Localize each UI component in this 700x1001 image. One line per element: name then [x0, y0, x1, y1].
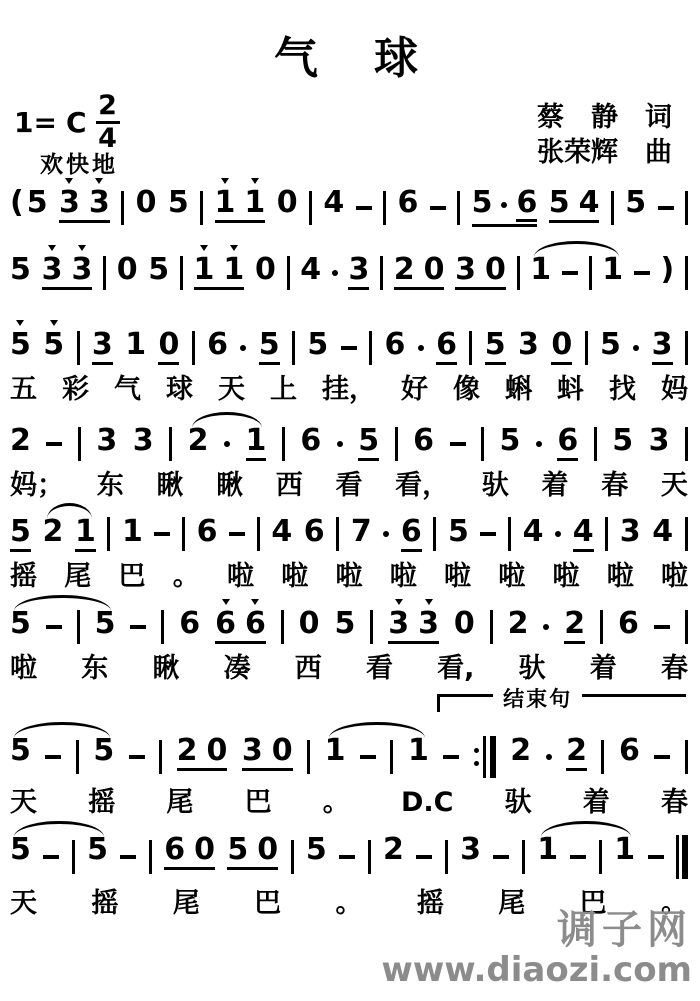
dash-extension: [46, 625, 62, 629]
note-5: 5: [10, 517, 31, 552]
lyric-syllable: 啦: [444, 561, 471, 593]
dash-extension: [341, 346, 357, 350]
barline: [107, 517, 110, 551]
octave-dot-icon: [221, 178, 229, 184]
dash-extension: [129, 755, 145, 759]
barline: [685, 517, 688, 551]
note-5: 5: [43, 330, 64, 360]
lyrics-row: 天摇尾巴。D.C驮着春: [10, 787, 688, 819]
dash-extension: [430, 206, 446, 210]
barline: [685, 427, 688, 461]
note-6: 6: [436, 330, 457, 365]
barline: [457, 191, 460, 225]
note-5: 5: [600, 330, 621, 360]
lyric-syllable: 西: [276, 470, 303, 502]
note-5: 5: [93, 736, 114, 766]
note-2: 2: [188, 426, 209, 456]
lyric-syllable: 啦: [390, 561, 417, 593]
note-5: 5: [549, 188, 570, 218]
lyric-syllable: D.C: [401, 787, 453, 819]
dash-extension: [658, 206, 674, 210]
barline: [257, 517, 260, 551]
lyric-syllable: 啦: [227, 561, 254, 593]
note-3: 3: [649, 426, 670, 456]
credits: 蔡 静 词 张荣辉 曲: [537, 100, 672, 170]
note-0: 0: [272, 736, 293, 766]
octave-dot-icon: [65, 178, 73, 184]
beam-group: 11: [215, 188, 266, 223]
music-line-7: 结束句55203011226天摇尾巴。D.C驮着春: [10, 736, 688, 819]
dash-extension: [356, 206, 372, 210]
note-6: 6: [397, 188, 418, 218]
lyric-syllable: 天: [10, 787, 37, 819]
notation-row: 5566605330226: [10, 609, 688, 644]
barline: [76, 740, 79, 774]
note-6: 6: [164, 835, 185, 865]
beam-group: 33: [388, 609, 439, 644]
dash-extension: [634, 271, 650, 275]
barline: [685, 740, 688, 774]
note-5: 5: [148, 255, 169, 285]
beam-group: 54: [549, 188, 600, 223]
note-6: 6: [413, 426, 434, 456]
barline: [599, 840, 602, 874]
barline: [287, 256, 290, 290]
note-0: 0: [194, 835, 215, 865]
barline: [149, 840, 152, 874]
lyric-syllable: 东: [97, 470, 124, 502]
song-title: 气 球: [10, 22, 688, 86]
barline: [169, 427, 172, 461]
notation-row: 52116467654434: [10, 517, 688, 552]
barline: [180, 256, 183, 290]
tie-slur: [329, 722, 425, 738]
barline: [182, 517, 185, 551]
music-line-6: 5566605330226啦东瞅凑西看看,驮着春: [10, 609, 688, 685]
barline: [395, 427, 398, 461]
lyric-syllable: 妈: [661, 374, 688, 406]
note-0: 0: [255, 255, 276, 285]
dash-extension: [570, 855, 586, 859]
lyric-syllable: 着: [583, 787, 610, 819]
note-2: 2: [42, 517, 63, 547]
barline: [481, 427, 484, 461]
tie-slur: [14, 722, 110, 738]
lyric-syllable: 看: [366, 653, 393, 685]
lyric-syllable: 东: [81, 653, 108, 685]
augmentation-dot: [337, 441, 343, 447]
octave-dot-icon: [95, 178, 103, 184]
time-signature: 2 4: [96, 92, 120, 152]
note-5: 5: [472, 188, 493, 218]
lyric-syllable: 凑: [224, 653, 251, 685]
ending-phrase-label: 结束句: [493, 683, 582, 713]
note-5: 5: [334, 609, 355, 639]
lyric-syllable: 着: [542, 470, 569, 502]
note-3: 3: [92, 330, 113, 365]
barline: [77, 610, 80, 644]
barline: [390, 740, 393, 774]
note-0: 0: [158, 330, 179, 365]
note-6: 6: [179, 609, 200, 639]
note-5: 5: [168, 188, 189, 218]
note-5: (5: [10, 188, 48, 218]
lyricist-credit: 蔡 静 词: [537, 100, 672, 135]
note-2: 2: [177, 736, 198, 766]
note-6: 6: [557, 426, 578, 461]
dash-extension: [339, 855, 355, 859]
augmentation-dot: [224, 441, 230, 447]
lyric-syllable: 摇: [91, 888, 118, 920]
lyric-syllable: 尾: [64, 561, 91, 593]
octave-dot-icon: [230, 245, 238, 251]
barline: [685, 256, 688, 290]
note-0: 0: [277, 188, 298, 218]
dash-extension: [45, 755, 61, 759]
barline: [72, 840, 75, 874]
barline: [600, 610, 603, 644]
lyric-syllable: 巴: [254, 888, 281, 920]
note-3: 3: [455, 255, 476, 285]
lyric-syllable: 啦: [661, 561, 688, 593]
barline: [380, 256, 383, 290]
octave-dot-icon: [78, 245, 86, 251]
augmentation-dot: [383, 531, 389, 537]
barline: [585, 331, 588, 365]
note-5: 5: [227, 835, 248, 865]
note-0: 0: [454, 609, 475, 639]
tie-slur: [14, 595, 111, 611]
lyric-syllable: 妈；: [10, 470, 64, 502]
note-5: 5: [500, 426, 521, 456]
tie-slur: [192, 412, 262, 428]
watermark: 调子网 www.diaozi.com: [381, 909, 692, 989]
note-3: 3: [348, 255, 369, 290]
beam-group: 20: [394, 255, 445, 290]
note-1: 1: [125, 330, 146, 360]
octave-dot-icon: [16, 320, 24, 326]
dash-extension: [480, 532, 496, 536]
note-1: 1: [194, 255, 215, 285]
dash-extension: [648, 855, 664, 859]
beam-group: 20: [177, 736, 228, 771]
note-0: 0: [257, 835, 278, 865]
lyric-syllable: 气: [114, 374, 141, 406]
lyric-syllable: 啦: [498, 561, 525, 593]
note-2: 2: [564, 609, 585, 644]
lyric-syllable: 彩: [62, 374, 89, 406]
barline: [309, 191, 312, 225]
augmentation-dot: [418, 345, 424, 351]
note-1: 1: [223, 255, 244, 285]
lyric-syllable: 春: [661, 653, 688, 685]
note-0: 0: [485, 255, 506, 285]
lyric-syllable: 天: [10, 888, 37, 920]
barline: [291, 840, 294, 874]
note-5: 5: [95, 609, 116, 639]
barline: [508, 517, 511, 551]
barline: [611, 191, 614, 225]
note-2: 2: [10, 426, 31, 456]
barline: [103, 256, 106, 290]
barline: [368, 840, 371, 874]
lyric-syllable: 找: [609, 374, 636, 406]
notation-row: 55203011226: [10, 736, 688, 778]
note-1: 1: [122, 517, 143, 547]
tie-slur: [541, 821, 631, 837]
note-1: 1: [530, 255, 551, 285]
note-0: 0: [117, 255, 138, 285]
lyrics-row: 五彩气球天上挂，好像蝌蚪找妈: [10, 374, 688, 406]
augmentation-dot: [555, 531, 561, 537]
lyric-syllable: 尾: [166, 787, 193, 819]
note-1: 1: [244, 188, 265, 218]
note-1: 1: [75, 517, 96, 552]
lyric-syllable: 春: [601, 470, 628, 502]
note-3: 3: [133, 426, 154, 456]
barline: [522, 840, 525, 874]
lyric-syllable: 啦: [553, 561, 580, 593]
note-5: 5: [612, 426, 633, 456]
barline: [601, 740, 604, 774]
lyric-syllable: 蚪: [557, 374, 584, 406]
lyric-syllable: 摇: [88, 787, 115, 819]
lyric-syllable: 蝌: [505, 374, 532, 406]
note-6: 6: [215, 609, 236, 639]
lyric-syllable: 挂，: [322, 374, 376, 406]
note-0: 0: [207, 736, 228, 766]
octave-dot-icon: [395, 599, 403, 605]
note-6: 6: [401, 517, 422, 552]
augmentation-dot: [501, 202, 507, 208]
final-barline: [676, 835, 688, 879]
lyric-syllable: 看: [335, 470, 362, 502]
augmentation-dot: [546, 754, 552, 760]
lyric-syllable: 巴: [245, 787, 272, 819]
music-line-4: 233216565653妈；东瞅瞅西看看，驮着春天: [10, 426, 688, 502]
dash-extension: [450, 442, 466, 446]
notation-score: (5330511046565455330511043203011)5531065…: [10, 188, 688, 920]
notation-row: 55605052311: [10, 835, 688, 879]
barline: [685, 191, 688, 225]
dash-extension: [443, 755, 459, 759]
barline: [370, 610, 373, 644]
beam-group: 30: [242, 736, 293, 771]
octave-dot-icon: [251, 599, 259, 605]
score-header: 1= C 2 4 欢快地 蔡 静 词 张荣辉 曲: [10, 88, 688, 174]
note-6: 6: [619, 736, 640, 766]
barline: [78, 427, 81, 461]
lyric-syllable: 。: [336, 888, 363, 920]
note-3: 3: [652, 330, 673, 365]
music-line-1: (533051104656545: [10, 188, 688, 227]
repeat-end-barline: [474, 736, 496, 778]
close-paren: ): [660, 255, 674, 285]
notation-row: 233216565653: [10, 426, 688, 461]
beam-group: 50: [227, 835, 278, 870]
dash-extension: [562, 271, 578, 275]
barline: [161, 610, 164, 644]
lyric-syllable: 看,: [437, 653, 474, 685]
note-3: 3: [620, 517, 641, 547]
note-3: 3: [418, 609, 439, 639]
note-4: 4: [300, 255, 321, 285]
key-prefix: 1=: [14, 106, 57, 139]
barline: [685, 610, 688, 644]
barline: [192, 331, 195, 365]
dash-extension: [120, 855, 136, 859]
notation-row: (533051104656545: [10, 188, 688, 227]
open-paren: (: [10, 185, 24, 220]
lyric-syllable: 瞅: [156, 470, 183, 502]
music-line-2: 5330511043203011): [10, 255, 688, 290]
note-0: 0: [424, 255, 445, 285]
barline: [307, 740, 310, 774]
music-line-5: 52116467654434摇尾巴。啦啦啦啦啦啦啦啦啦: [10, 517, 688, 593]
note-2: 2: [566, 736, 587, 771]
watermark-site-url: www.diaozi.com: [381, 952, 692, 989]
lyric-syllable: 巴: [119, 561, 146, 593]
barline: [159, 740, 162, 774]
note-4: 4: [523, 517, 544, 547]
key-letter: C: [66, 106, 87, 139]
lyric-syllable: 像: [453, 374, 480, 406]
note-4: 4: [271, 517, 292, 547]
note-3: 3: [42, 255, 63, 285]
lyric-syllable: 着: [590, 653, 617, 685]
beam-group: 60: [164, 835, 215, 870]
note-4: 4: [323, 188, 344, 218]
note-5: 5: [10, 835, 31, 865]
tie-slur: [534, 241, 618, 257]
dash-extension: [416, 855, 432, 859]
barline: [200, 191, 203, 225]
note-5: 5: [306, 835, 327, 865]
lyric-syllable: 上: [270, 374, 297, 406]
dash-extension: [654, 625, 670, 629]
lyric-syllable: 瞅: [152, 653, 179, 685]
note-1: 1: [246, 426, 267, 461]
barline: [433, 517, 436, 551]
dash-extension: [43, 855, 59, 859]
meter-numerator: 2: [98, 92, 117, 120]
note-5: 5: [485, 330, 506, 365]
key-signature: 1= C 2 4: [14, 92, 120, 152]
note-6: 6: [245, 609, 266, 639]
dash-extension: [130, 625, 146, 629]
augmentation-dot: [332, 270, 338, 276]
lyric-syllable: 球: [166, 374, 193, 406]
note-5: 5: [10, 609, 31, 639]
sheet-music-page: 气 球 1= C 2 4 欢快地 蔡 静 词 张荣辉 曲 (5330511046…: [0, 0, 700, 1001]
lyric-syllable: 好: [401, 374, 428, 406]
note-3: 3: [59, 188, 80, 218]
note-4: 4: [573, 517, 594, 552]
watermark-site-name: 调子网: [381, 909, 692, 952]
note-0: 0: [136, 188, 157, 218]
note-4: 4: [652, 517, 673, 547]
lyric-syllable: 。: [173, 561, 200, 593]
note-3: 3: [518, 330, 539, 360]
beam-group: 33: [42, 255, 93, 290]
lyric-syllable: 驮: [519, 653, 546, 685]
barline: [589, 256, 592, 290]
dash-extension: [229, 532, 245, 536]
note-5: 5: [10, 330, 31, 360]
lyric-syllable: 看，: [395, 470, 449, 502]
barline: [281, 610, 284, 644]
note-5: 5: [10, 255, 31, 285]
note-1: 1: [408, 736, 429, 766]
lyric-syllable: 啦: [281, 561, 308, 593]
augmentation-dot: [633, 345, 639, 351]
note-3: 3: [89, 188, 110, 218]
note-0: 0: [299, 609, 320, 639]
dash-extension: [154, 532, 170, 536]
note-2: 2: [508, 609, 529, 639]
tie-slur: [47, 503, 92, 519]
barline: [490, 610, 493, 644]
lyrics-row: 摇尾巴。啦啦啦啦啦啦啦啦啦: [10, 561, 688, 593]
lyric-syllable: 啦: [607, 561, 634, 593]
note-7: 7: [351, 517, 372, 547]
beam-group: 11: [194, 255, 245, 290]
augmentation-dot: [240, 345, 246, 351]
dash-extension: [493, 855, 509, 859]
notation-row: 5330511043203011): [10, 255, 688, 290]
note-6: 6: [618, 609, 639, 639]
note-2: 2: [383, 835, 404, 865]
barline: [469, 331, 472, 365]
composer-credit: 张荣辉 曲: [537, 135, 672, 170]
lyric-syllable: 摇: [10, 561, 37, 593]
lyrics-row: 妈；东瞅瞅西看看，驮着春天: [10, 470, 688, 502]
octave-dot-icon: [200, 245, 208, 251]
octave-dot-icon: [251, 178, 259, 184]
note-1: 1: [325, 736, 346, 766]
note-6: 6: [384, 330, 405, 360]
lyric-syllable: 五: [10, 374, 37, 406]
ending-phrase-bracket: 结束句: [437, 694, 686, 720]
note-1: 1: [614, 835, 635, 865]
beam-group: 33: [59, 188, 110, 223]
barline: [336, 517, 339, 551]
beam-group: 66: [215, 609, 266, 644]
augmentation-dot: [536, 441, 542, 447]
note-2: 2: [394, 255, 415, 285]
lyric-syllable: 西: [295, 653, 322, 685]
beam-group: 30: [455, 255, 506, 290]
augmentation-dot: [543, 624, 549, 630]
barline: [517, 256, 520, 290]
note-3: 3: [388, 609, 409, 639]
note-5: 5: [307, 330, 328, 360]
note-6: 6: [197, 517, 218, 547]
note-5: 5: [87, 835, 108, 865]
note-0: 0: [551, 330, 572, 365]
lyric-syllable: 驮: [482, 470, 509, 502]
note-6: 6: [516, 188, 537, 222]
note-1: 1: [602, 255, 623, 285]
barline: [605, 517, 608, 551]
bracket-tick: [437, 694, 440, 712]
repeat-dots: [474, 748, 479, 766]
lyric-syllable: 啦: [336, 561, 363, 593]
lyrics-row: 啦东瞅凑西看看,驮着春: [10, 653, 688, 685]
note-5: 5: [448, 517, 469, 547]
note-3: 3: [71, 255, 92, 285]
barline: [594, 427, 597, 461]
